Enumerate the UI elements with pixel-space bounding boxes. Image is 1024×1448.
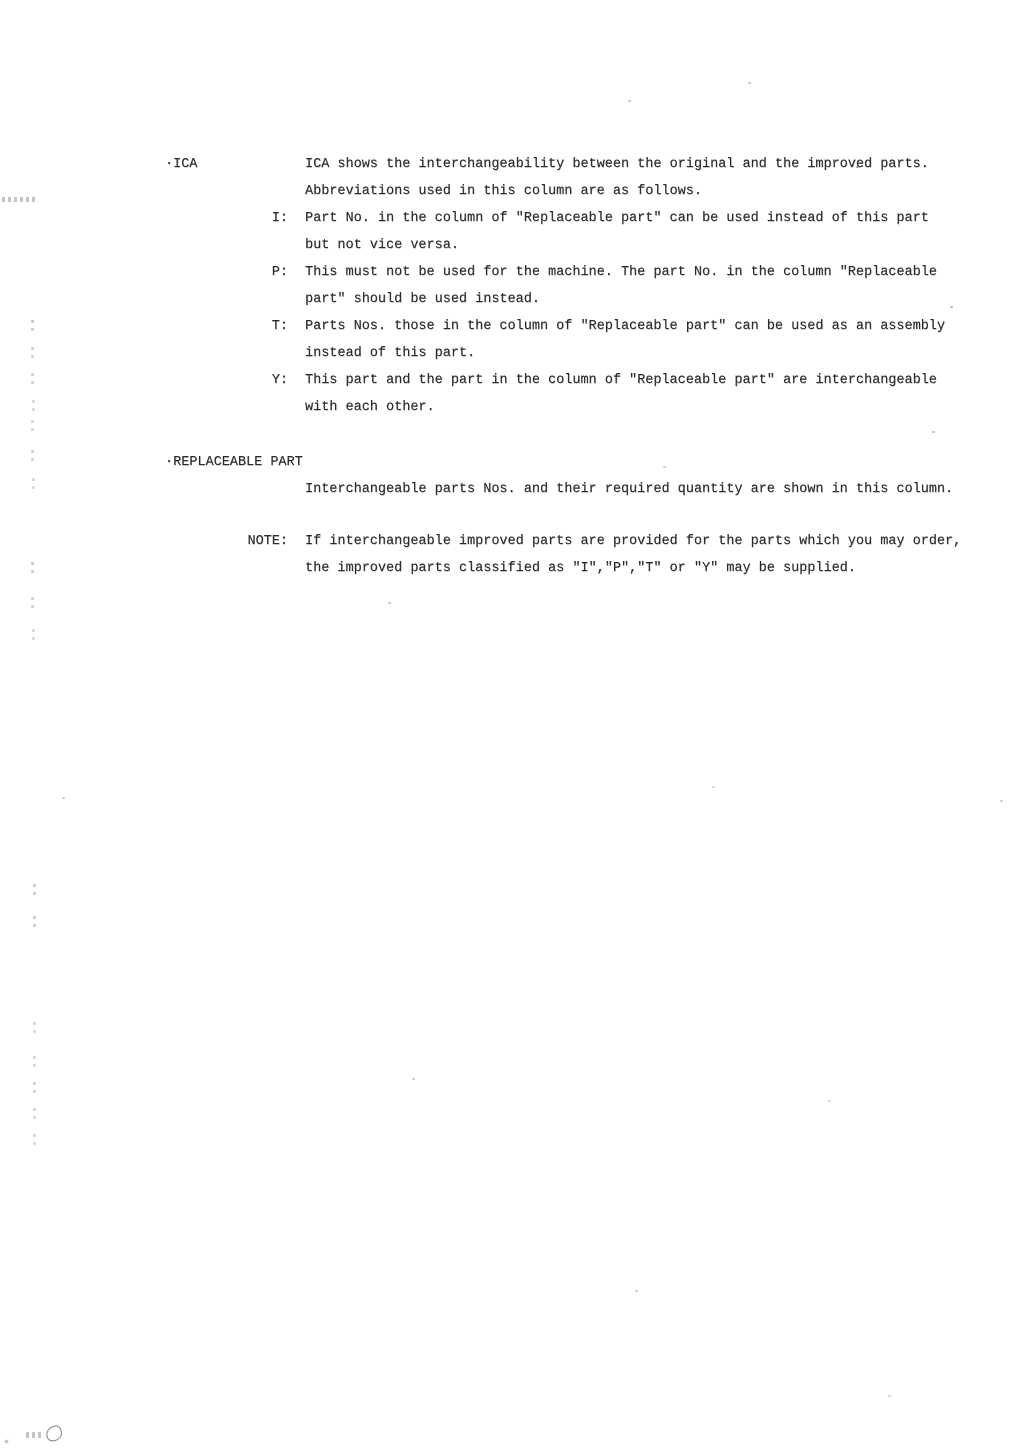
ica-description: ICA shows the interchangeability between…	[305, 151, 970, 205]
ica-item-p-code: P:	[165, 259, 305, 286]
scan-artifact	[31, 320, 34, 323]
scan-artifact	[828, 1100, 831, 1102]
scan-artifact	[33, 1056, 36, 1059]
scan-artifact	[33, 884, 36, 887]
scan-artifact	[888, 1395, 891, 1397]
scan-artifact	[33, 916, 36, 919]
scan-artifact	[31, 450, 34, 453]
ica-item-y-code: Y:	[165, 367, 305, 394]
scan-artifact	[32, 478, 35, 481]
ica-item-p-text: This must not be used for the machine. T…	[305, 259, 970, 313]
scan-artifact	[32, 400, 35, 403]
ica-item-y: Y: This part and the part in the column …	[165, 367, 970, 421]
ica-item-i-code: I:	[165, 205, 305, 232]
scan-artifact	[712, 786, 715, 788]
scan-artifact	[33, 1108, 36, 1111]
scan-artifact	[44, 1424, 64, 1443]
ica-item-i-text: Part No. in the column of "Replaceable p…	[305, 205, 970, 259]
ica-item-t-code: T:	[165, 313, 305, 340]
replaceable-part-description: Interchangeable parts Nos. and their req…	[305, 476, 970, 503]
section-note: NOTE: If interchangeable improved parts …	[165, 528, 970, 582]
scan-artifact	[31, 562, 34, 565]
scan-artifact	[33, 1082, 36, 1085]
scan-artifact	[388, 602, 391, 604]
scan-artifact	[26, 1432, 42, 1438]
note-label: NOTE:	[165, 528, 305, 555]
scan-artifact	[412, 1078, 415, 1080]
section-ica: ·ICA ICA shows the interchangeability be…	[165, 151, 970, 421]
scan-artifact	[2, 197, 38, 202]
scan-artifact	[32, 629, 35, 632]
ica-heading: ·ICA	[165, 151, 305, 178]
ica-item-t: T: Parts Nos. those in the column of "Re…	[165, 313, 970, 367]
ica-header-row: ·ICA ICA shows the interchangeability be…	[165, 151, 970, 205]
ica-item-p: P: This must not be used for the machine…	[165, 259, 970, 313]
scan-artifact	[5, 1440, 8, 1443]
scan-artifact	[628, 100, 631, 102]
note-row: NOTE: If interchangeable improved parts …	[165, 528, 970, 582]
scan-artifact	[31, 373, 34, 376]
scanned-document-page: ·ICA ICA shows the interchangeability be…	[0, 0, 1024, 1448]
scan-artifact	[33, 1134, 36, 1137]
scan-artifact	[31, 420, 34, 423]
scan-artifact	[31, 347, 34, 350]
replaceable-part-heading: ·REPLACEABLE PART	[165, 449, 970, 476]
scan-artifact	[1000, 800, 1003, 802]
scan-artifact	[33, 1022, 36, 1025]
ica-item-y-text: This part and the part in the column of …	[305, 367, 970, 421]
note-text: If interchangeable improved parts are pr…	[305, 528, 970, 582]
scan-artifact	[635, 1290, 638, 1292]
scan-artifact	[932, 431, 935, 433]
scan-artifact	[748, 82, 751, 84]
ica-item-t-text: Parts Nos. those in the column of "Repla…	[305, 313, 970, 367]
section-replaceable-part: ·REPLACEABLE PART Interchangeable parts …	[165, 449, 970, 503]
scan-artifact	[31, 597, 34, 600]
scan-artifact	[62, 797, 65, 799]
ica-item-i: I: Part No. in the column of "Replaceabl…	[165, 205, 970, 259]
